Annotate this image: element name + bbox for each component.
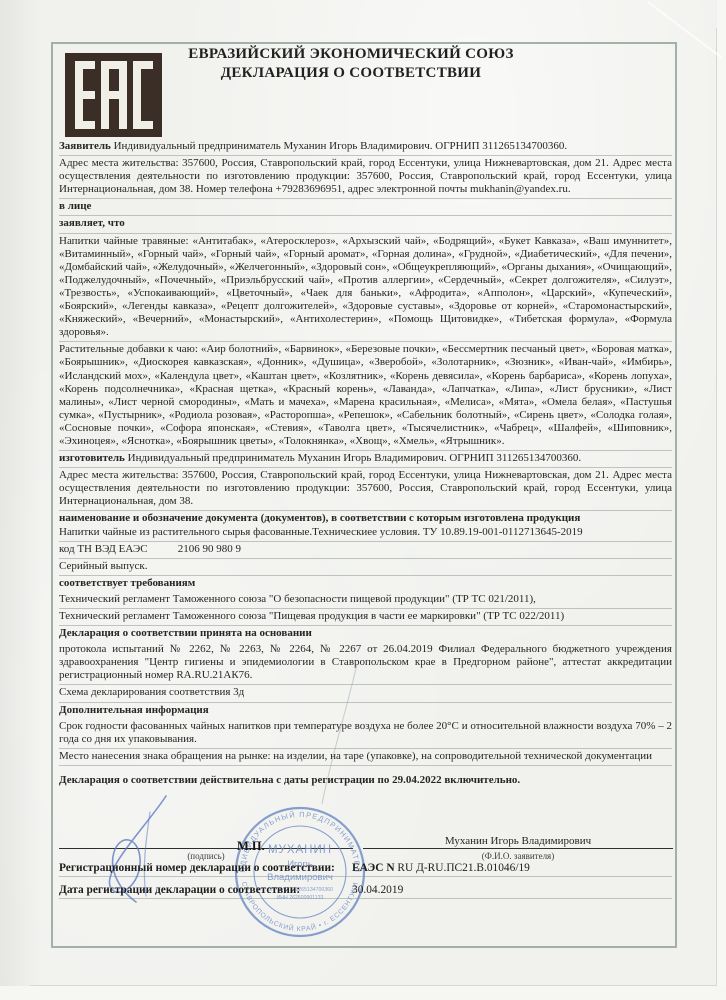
paper-edge-right [716, 28, 717, 986]
document-body: Заявитель Индивидуальный предприниматель… [59, 139, 672, 789]
regulation-1: Технический регламент Таможенного союза … [59, 592, 672, 609]
compliance-caption: соответствует требованиям [59, 576, 672, 592]
compliance-caption-label: соответствует требованиям [59, 577, 195, 589]
products-additives-paragraph: Растительные добавки к чаю: «Аир болотни… [59, 342, 672, 451]
document-header: ЕВРАЗИЙСКИЙ ЭКОНОМИЧЕСКИЙ СОЮЗ ДЕКЛАРАЦИ… [51, 45, 651, 83]
reg-value-rest: RU Д-RU.ПС21.В.01046/19 [395, 862, 530, 874]
in-person-line: в лице [59, 199, 672, 216]
serial-line: Серийный выпуск. [59, 559, 672, 576]
union-title: ЕВРАЗИЙСКИЙ ЭКОНОМИЧЕСКИЙ СОЮЗ [51, 45, 651, 64]
tnved-value: 2106 90 980 9 [178, 543, 241, 555]
scanner-background-right [717, 0, 726, 1000]
doc-basis-section: наименование и обозначение документа (до… [59, 511, 672, 541]
basis-caption-label: Декларация о соответствии принята на осн… [59, 627, 312, 639]
doc-basis-caption: наименование и обозначение документа (до… [59, 512, 580, 524]
declares-line: заявляет, что [59, 216, 672, 233]
stamp-surname: МУХАНИН [268, 844, 332, 856]
registration-number-value: ЕАЭС N RU Д-RU.ПС21.В.01046/19 [352, 862, 530, 874]
paper-edge-bottom [30, 985, 717, 986]
manufacturer-text: Индивидуальный предприниматель Муханин И… [128, 452, 582, 464]
tnved-line: код ТН ВЭД ЕАЭС 2106 90 980 9 [59, 542, 672, 559]
applicant-fio: Муханин Игорь Владимирович [363, 835, 673, 847]
basis-text: протокола испытаний № 2262, № 2263, № 22… [59, 642, 672, 685]
document-title: ДЕКЛАРАЦИЯ О СООТВЕТСТВИИ [51, 64, 651, 83]
basis-caption: Декларация о соответствии принята на осн… [59, 626, 672, 642]
reg-value-prefix: ЕАЭС N [352, 862, 395, 874]
scheme-line: Схема декларирования соответствия 3д [59, 685, 672, 702]
declares-label: заявляет, что [59, 217, 125, 229]
doc-basis-text: Напитки чайные из растительного сырья фа… [59, 526, 672, 539]
fio-line [363, 848, 673, 849]
applicant-label: Заявитель [59, 140, 111, 152]
manufacturer-address: Адрес места жительства: 357600, Россия, … [59, 468, 672, 511]
manufacturer-label: изготовитель [59, 452, 125, 464]
registration-date-label: Дата регистрации декларации о соответств… [59, 884, 300, 896]
validity-text: Декларация о соответствии действительна … [59, 774, 520, 786]
shelf-life-text: Срок годности фасованных чайных напитков… [59, 719, 672, 749]
marking-place-text: Место нанесения знака обращения на рынке… [59, 749, 672, 766]
additional-caption-label: Дополнительная информация [59, 704, 209, 716]
products-teas-paragraph: Напитки чайные травяные: «Антитабак», «А… [59, 234, 672, 343]
mp-seal-mark: М.П. [237, 839, 265, 854]
applicant-line: Заявитель Индивидуальный предприниматель… [59, 139, 672, 156]
in-person-label: в лице [59, 200, 91, 212]
additional-caption: Дополнительная информация [59, 703, 672, 719]
applicant-text: Индивидуальный предприниматель Муханин И… [114, 140, 568, 152]
registration-number-label: Регистрационный номер декларации о соотв… [59, 862, 335, 874]
regulation-2: Технический регламент Таможенного союза … [59, 609, 672, 626]
scanned-declaration-document: { "page": { "bg": "#f1f2ee", "ink": "#26… [0, 0, 726, 1000]
registration-date-value: 30.04.2019 [352, 884, 403, 896]
scanner-background-bottom [0, 986, 726, 1000]
tnved-label: код ТН ВЭД ЕАЭС [59, 543, 175, 556]
applicant-address: Адрес места жительства: 357600, Россия, … [59, 156, 672, 199]
fio-caption: (Ф.И.О. заявителя) [363, 851, 673, 861]
manufacturer-line: изготовитель Индивидуальный предпринимат… [59, 451, 672, 468]
validity-line: Декларация о соответствии действительна … [59, 773, 672, 789]
